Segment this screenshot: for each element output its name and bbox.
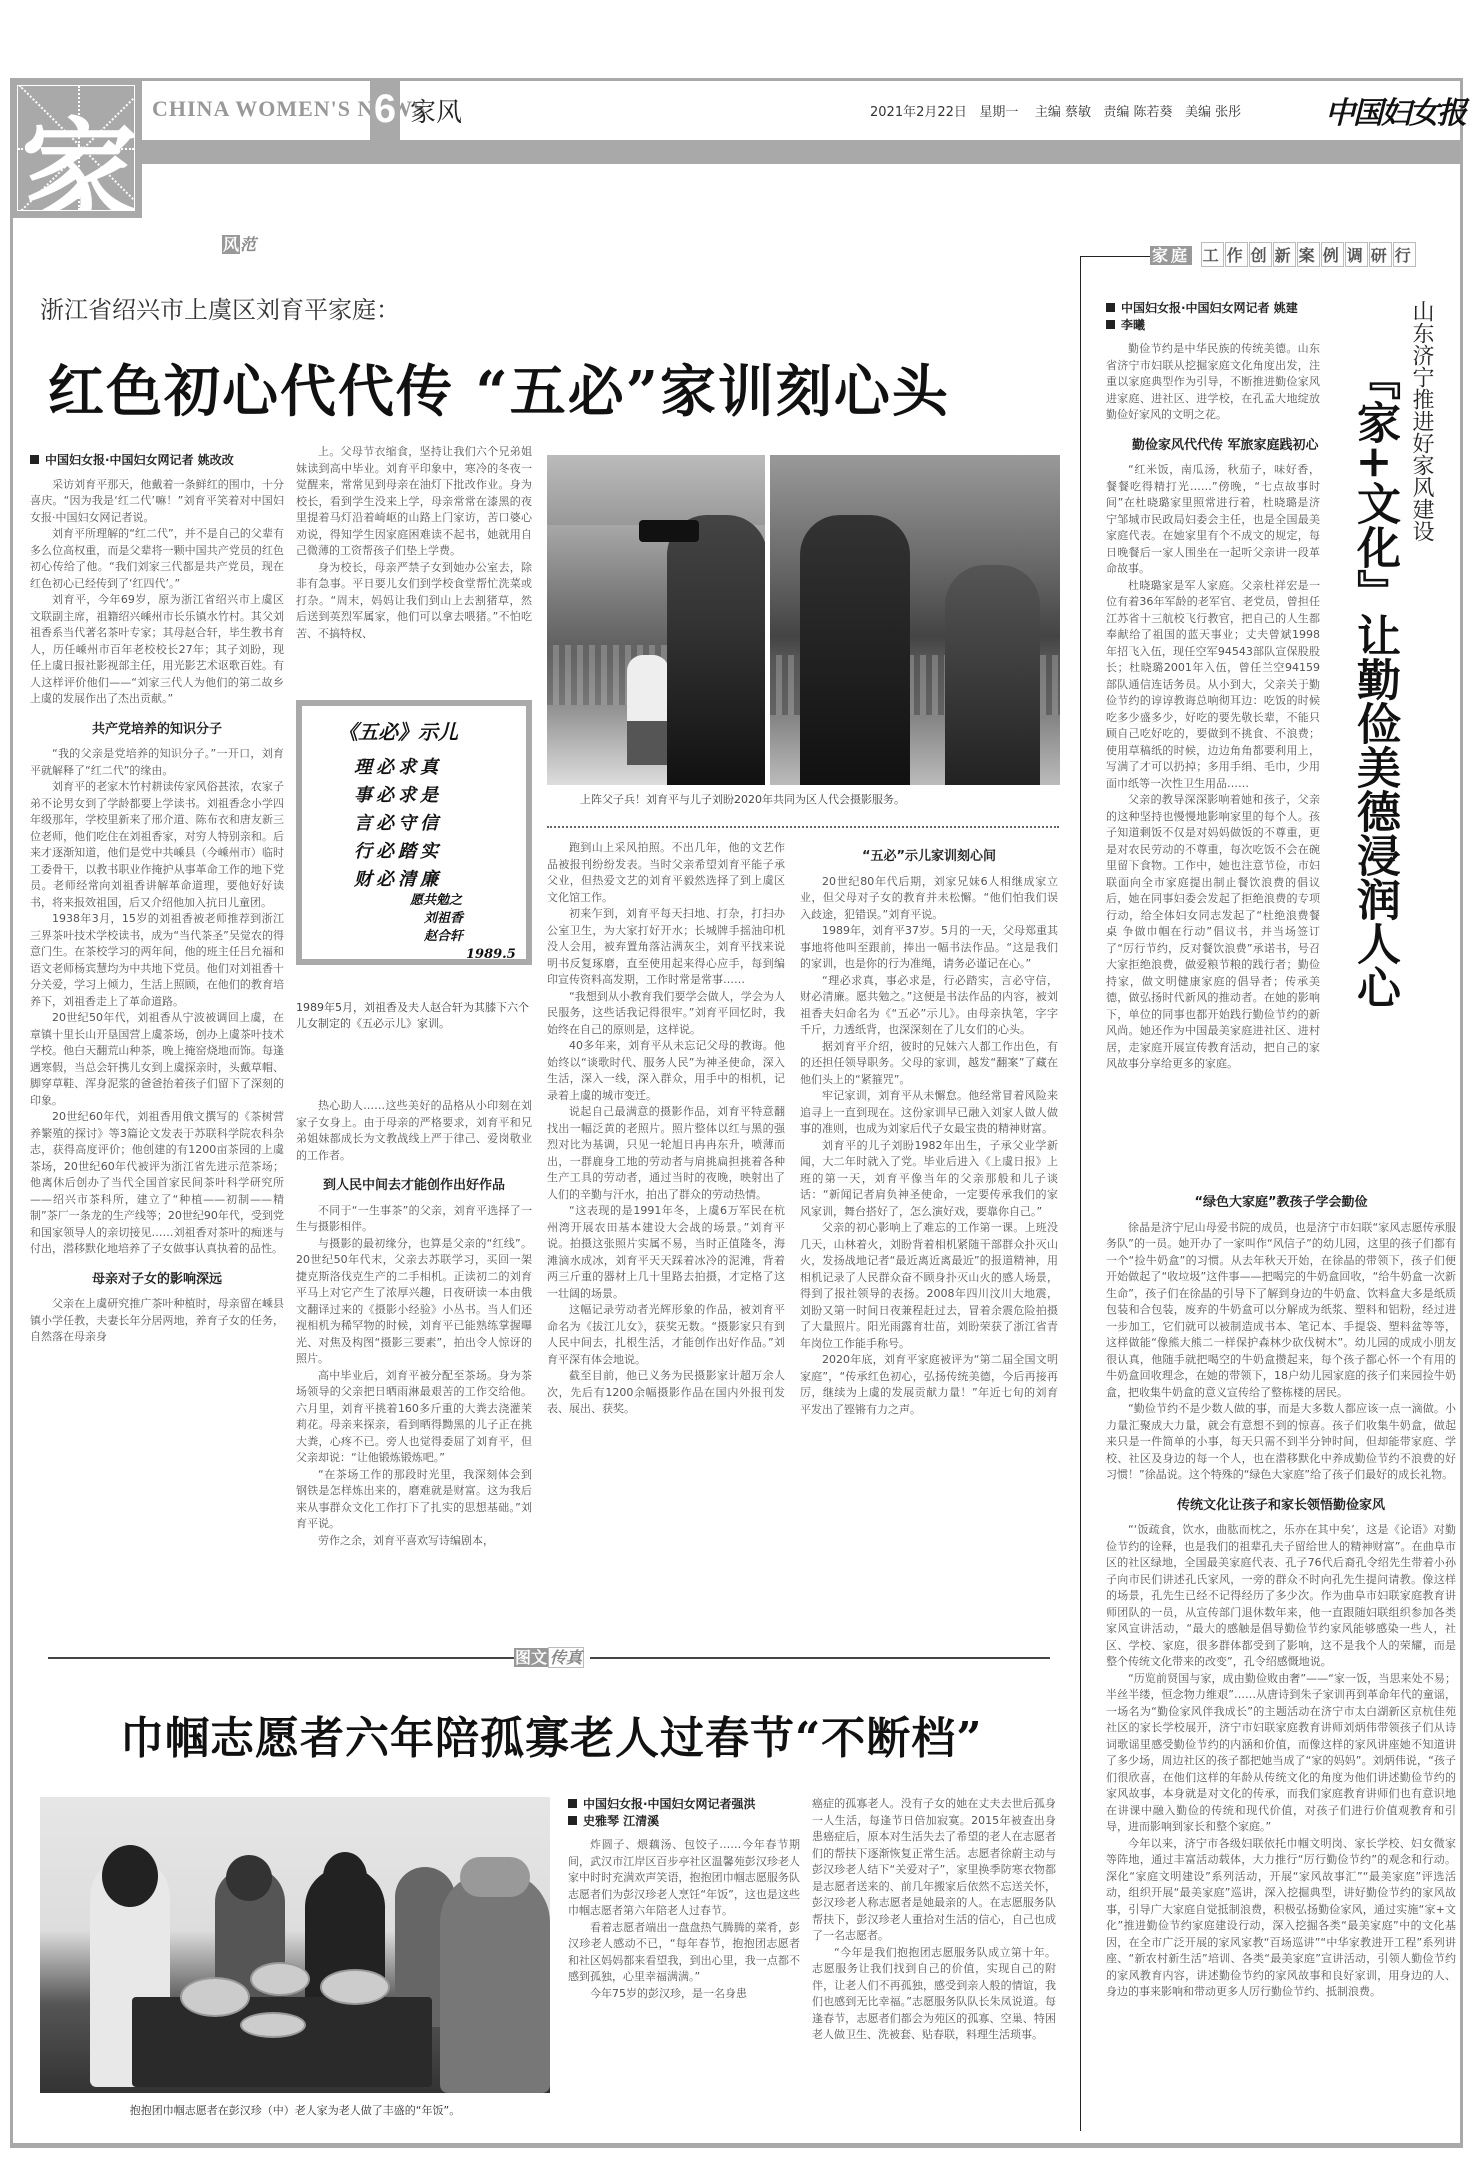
responsible-editor: 责编 陈若葵	[1103, 105, 1172, 120]
chief-editor: 主编 蔡敏	[1035, 105, 1091, 120]
photo-father-son-photographers	[547, 455, 765, 785]
subhead: 共产党培养的知识分子	[30, 722, 284, 739]
article-column-4: “五必”示儿家训刻心间 20世纪80年代后期，刘家兄妹6人相继成家立业，但父母对…	[800, 835, 1058, 1645]
side-frame-line	[1080, 256, 1154, 257]
article-headline: 红色初心代代传 “五必”家训刻心头	[48, 348, 950, 428]
subhead: “五必”示儿家训刻心间	[800, 849, 1058, 866]
subhead: 母亲对子女的影响深远	[30, 1272, 284, 1289]
masthead-bar	[140, 140, 1463, 164]
photo-caption: 上阵父子兵！刘育平与儿子刘盼2020年共同为区人代会摄影服务。	[580, 792, 1060, 808]
article-kicker: 浙江省绍兴市上虞区刘育平家庭：	[40, 290, 400, 325]
subhead: 勤俭家风代代传 军旅家庭践初心	[1106, 438, 1320, 455]
section-rule	[590, 1657, 1050, 1659]
side-article-subtitle: 山东济宁推进好家风建设	[1404, 300, 1434, 542]
article2-column-2: 癌症的孤寡老人。没有子女的她在丈夫去世后孤身一人生活，每逢节日倍加寂寞。2015…	[812, 1796, 1056, 2126]
issue-date: 2021年2月22日	[870, 105, 967, 120]
column-tag-tuwen: 图文传真	[514, 1645, 584, 1668]
dotted-divider	[547, 826, 1059, 828]
subhead: “绿色大家庭”教孩子学会勤俭	[1106, 1195, 1456, 1212]
photo-new-year-dinner	[40, 1797, 550, 2093]
article2-column-1: 中国妇女报·中国妇女网记者强洪 史雅琴 江清溪 炸圆子、煨藕汤、包饺子……今年春…	[568, 1796, 800, 2126]
calligraphy-image: 《五必》示儿 理必求真 事必求是 言必守信 行必踏实 财必清廉 愿共勉之 刘祖香…	[296, 700, 532, 965]
article2-headline: 巾帼志愿者六年陪孤寡老人过春节“不断档”	[120, 1702, 983, 1766]
side-section-title: 家庭 工作创新案例调研行	[1150, 242, 1417, 267]
subhead: 传统文化让孩子和家长领悟勤俭家风	[1106, 1498, 1456, 1515]
article-column-2-bottom: 热心助人……这些美好的品格从小印刻在刘家子女身上。由于母亲的严格要求，刘育平和兄…	[296, 1098, 532, 1648]
article-column-1: 中国妇女报·中国妇女网记者 姚改改 采访刘育平那天，他戴着一条鲜红的围巾，十分喜…	[30, 452, 284, 1647]
issue-weekday: 星期一	[979, 105, 1018, 120]
section-emblem: 家	[10, 78, 142, 218]
byline: 中国妇女报·中国妇女网记者 姚改改	[30, 452, 284, 469]
photo-photographers-right	[770, 455, 1060, 785]
side-article-body-wide: “绿色大家庭”教孩子学会勤俭 徐晶是济宁尼山母爱书院的成员，也是济宁市妇联“家风…	[1106, 1195, 1456, 2135]
calligraphy-caption: 1989年5月，刘祖香及夫人赵合轩为其膝下六个儿女制定的《五必示儿》家训。	[296, 1000, 532, 1032]
art-editor: 美编 张彤	[1185, 105, 1241, 120]
photo-caption: 抱抱团巾帼志愿者在彭汉珍（中）老人家为老人做了丰盛的“年饭”。	[40, 2102, 550, 2118]
newspaper-logo: 中国妇女报	[1325, 88, 1465, 132]
issue-meta: 2021年2月22日 星期一 主编 蔡敏 责编 陈若葵 美编 张彤	[870, 101, 1241, 120]
page-number: 6	[370, 78, 400, 140]
section-emblem-char: 家	[18, 85, 135, 211]
side-frame-line	[1080, 256, 1081, 2131]
article-column-3: 跑到山上采风拍照。不出几年，他的文艺作品被报刊纷纷发表。当时父亲希望刘育平能子承…	[547, 840, 785, 1645]
subhead: 到人民中间去才能创作出好作品	[296, 1178, 532, 1195]
section-name: 家风	[410, 92, 462, 129]
side-article-headline: 『家+文化』让勤俭美德浸润人心	[1340, 356, 1400, 1009]
column-tag-fengfan: 风范	[222, 232, 256, 255]
section-rule	[48, 1657, 518, 1659]
article-column-2-top: 上。父母节衣缩食，坚持让我们六个兄弟姐妹读到高中毕业。刘育平印象中，寒冷的冬夜一…	[296, 444, 532, 689]
